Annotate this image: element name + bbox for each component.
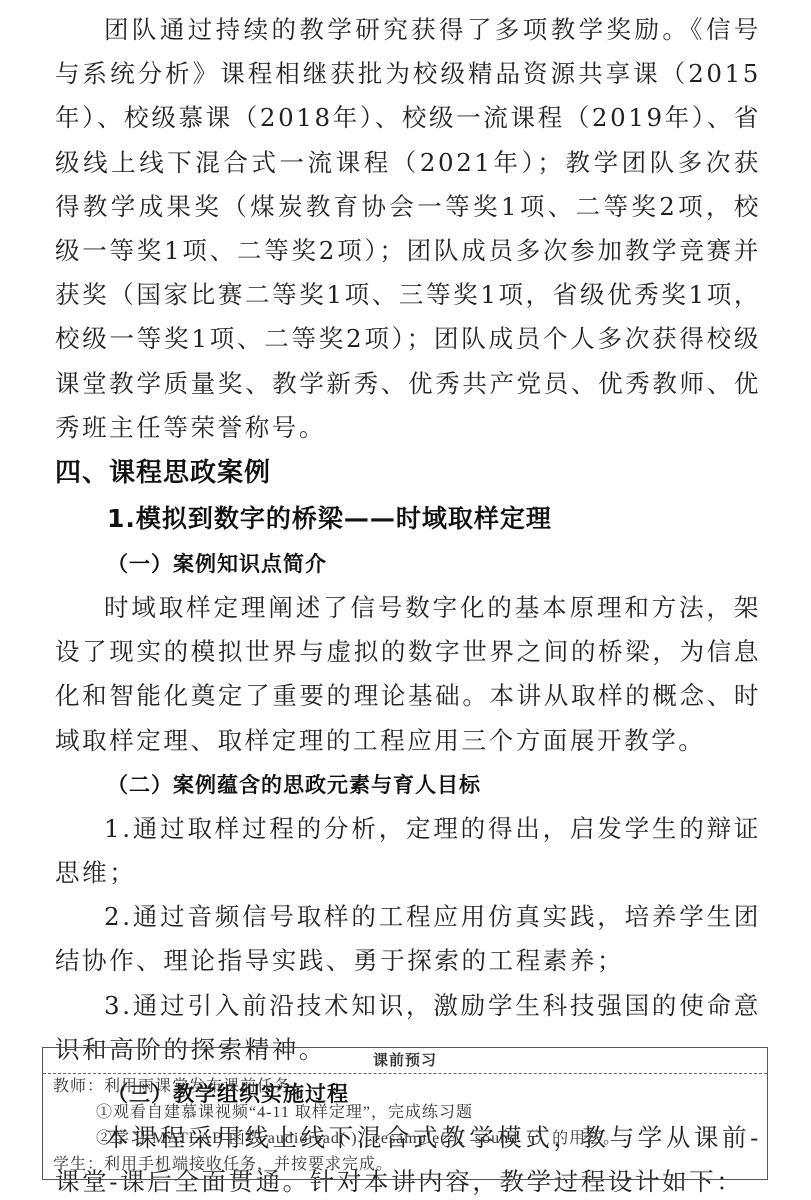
student-line: 学生：利用手机端接收任务，并按要求完成。 (43, 1152, 767, 1178)
goal-item-1: 1.通过取样过程的分析，定理的得出，启发学生的辩证思维； (55, 807, 761, 895)
task-1: ①观看自建慕课视频“4-11 取样定理”，完成练习题 (43, 1100, 767, 1126)
awards-paragraph: 团队通过持续的教学研究获得了多项教学奖励。《信号与系统分析》课程相继获批为校级精… (55, 8, 761, 450)
teacher-line: 教师：利用雨课堂发布课前任务： (43, 1074, 767, 1100)
subsection-1-text: 时域取样定理阐述了信号数字化的基本原理和方法，架设了现实的模拟世界与虚拟的数字世… (55, 586, 761, 763)
case-title: 1.模拟到数字的桥梁——时域取样定理 (55, 496, 761, 542)
preview-table-title: 课前预习 (43, 1048, 767, 1074)
preview-table: 课前预习 教师：利用雨课堂发布课前任务： ①观看自建慕课视频“4-11 取样定理… (42, 1047, 768, 1180)
document-page: 团队通过持续的教学研究获得了多项教学奖励。《信号与系统分析》课程相继获批为校级精… (55, 8, 761, 1200)
goal-item-2: 2.通过音频信号取样的工程应用仿真实践，培养学生团结协作、理论指导实践、勇于探索… (55, 895, 761, 983)
subsection-2-heading: （二）案例蕴含的思政元素与育人目标 (55, 763, 761, 807)
section-heading: 四、课程思政案例 (55, 450, 761, 496)
subsection-1-heading: （一）案例知识点简介 (55, 542, 761, 586)
task-2: ②学习 MATLAB 函数 audioread( )、resample( )、s… (43, 1126, 767, 1152)
